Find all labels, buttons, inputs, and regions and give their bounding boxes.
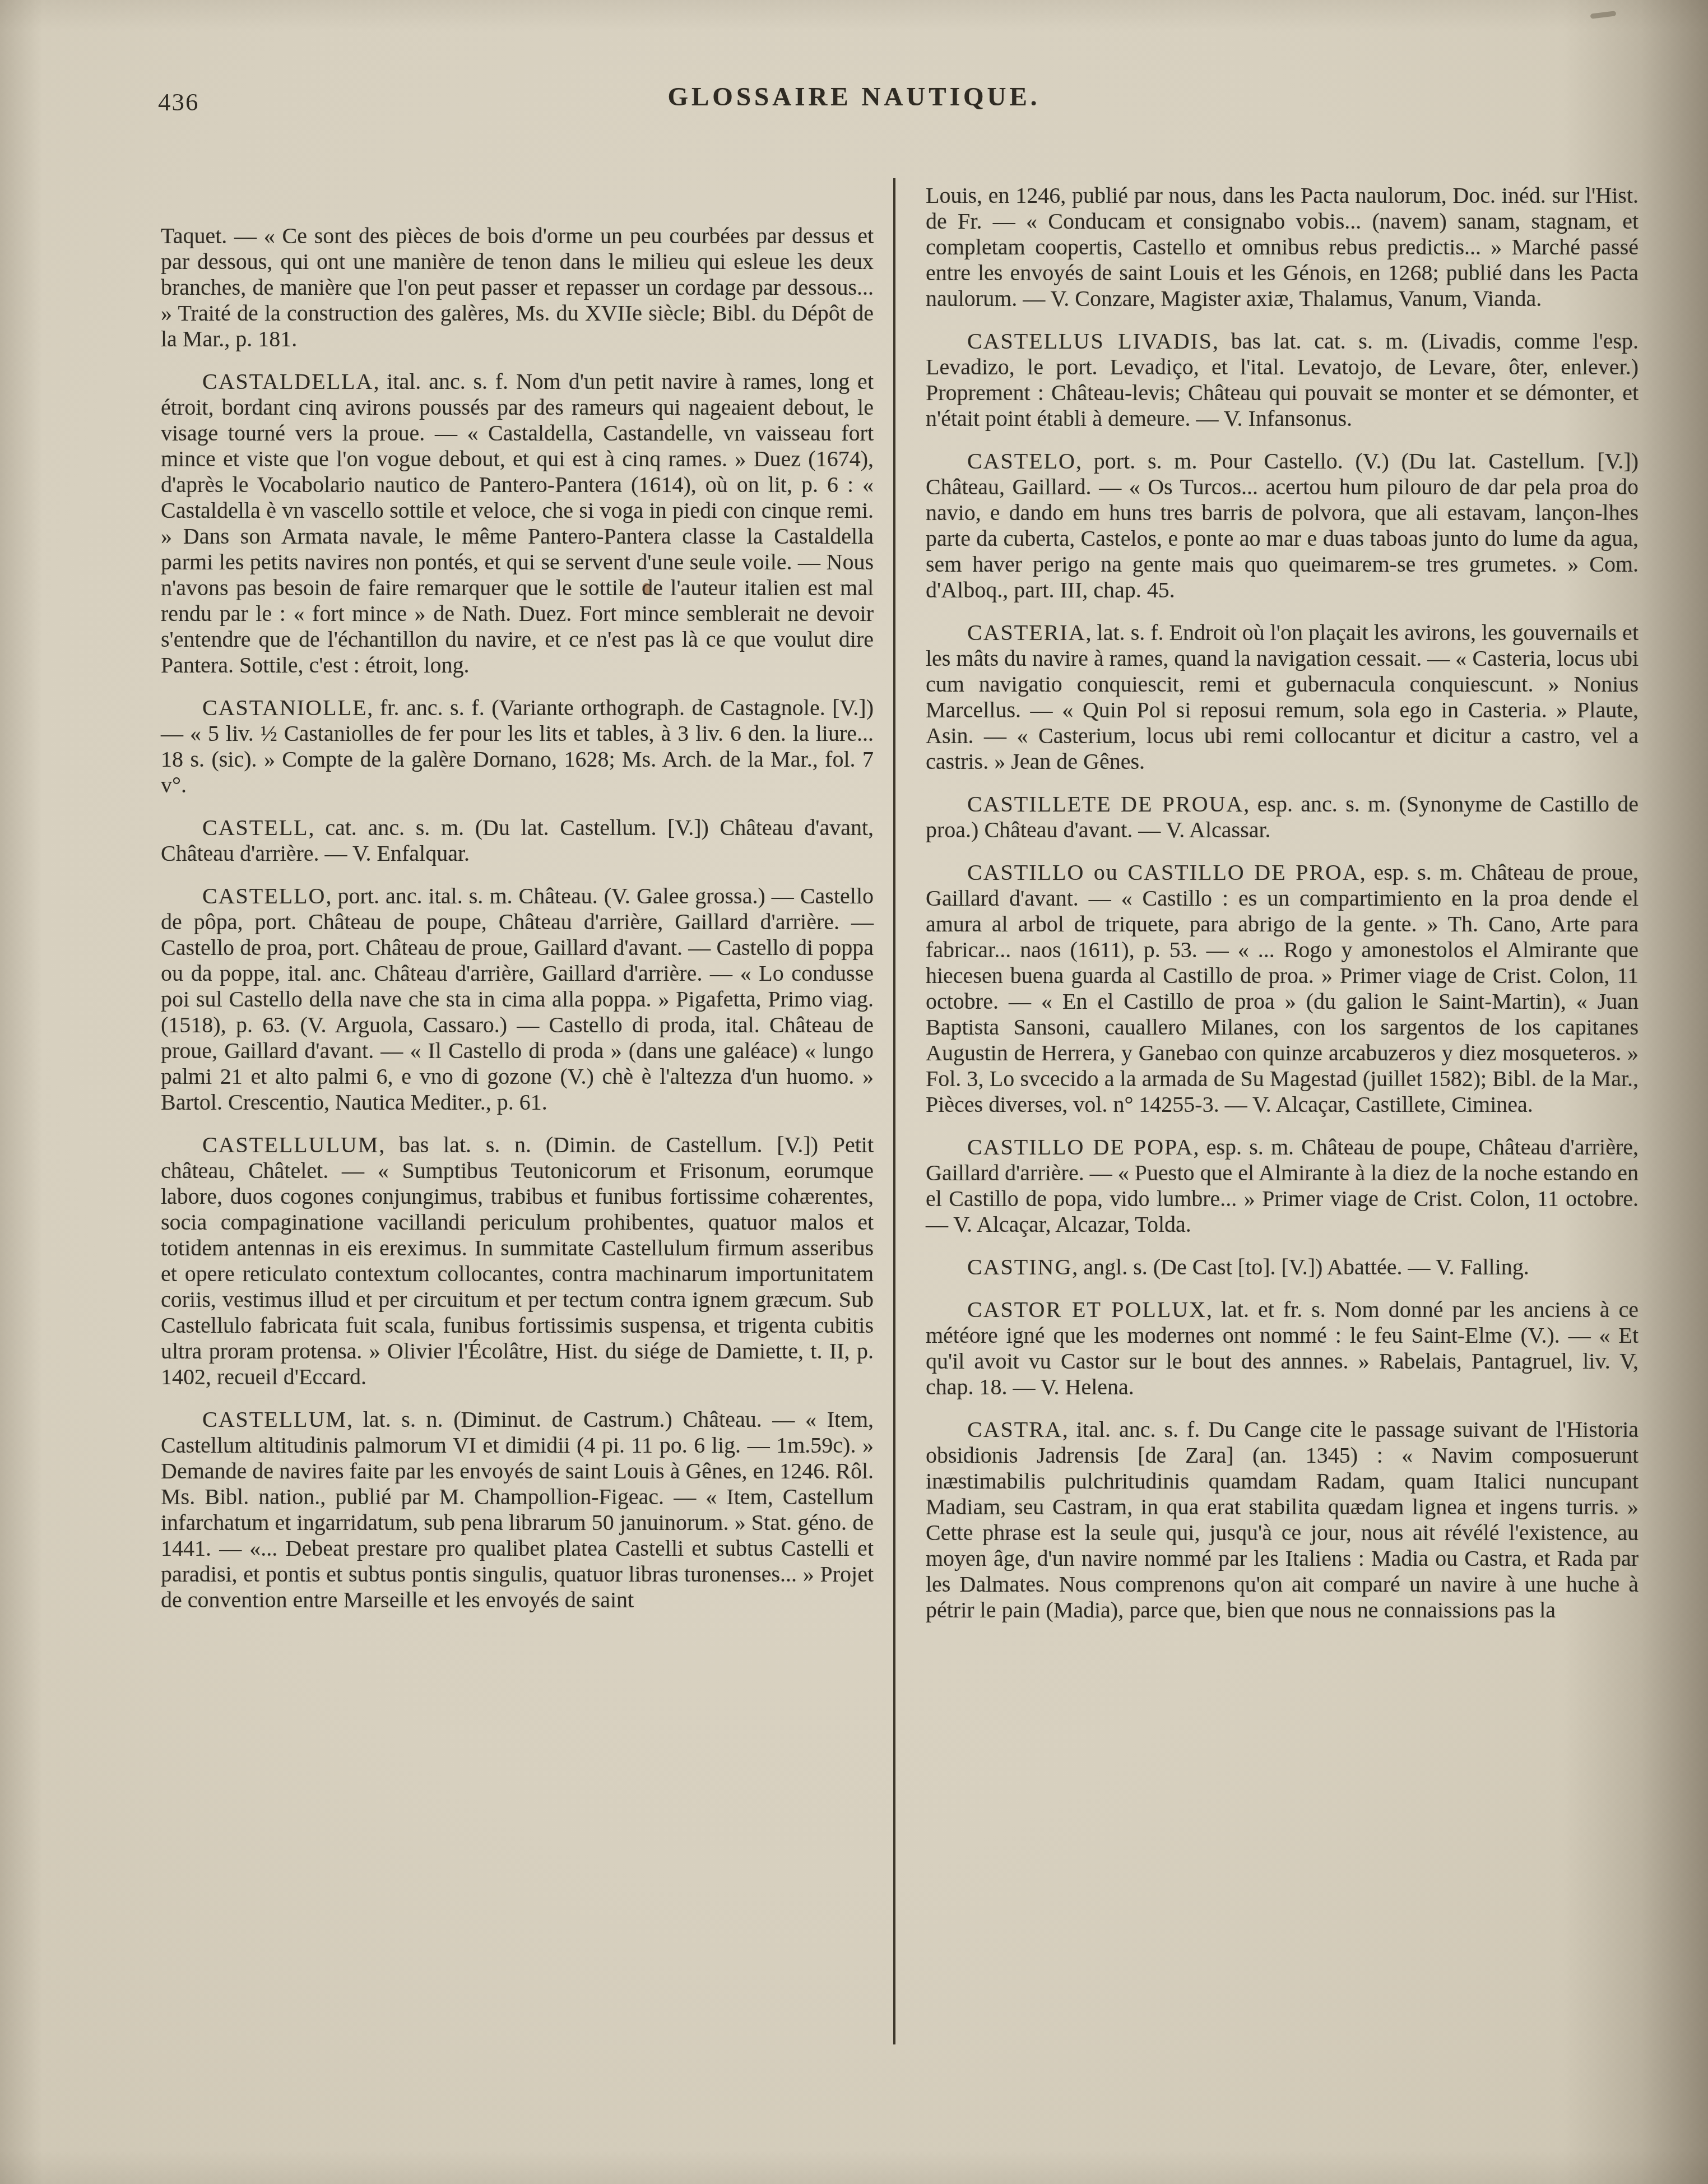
right-column: Louis, en 1246, publié par nous, dans le…	[926, 183, 1639, 1623]
entry-castor-et-pollux: CASTOR ET POLLUX, lat. et fr. s. Nom don…	[926, 1297, 1639, 1400]
entry-castaniolle: CASTANIOLLE, fr. anc. s. f. (Variante or…	[161, 695, 874, 798]
entry-castellum: CASTELLUM, lat. s. n. (Diminut. de Castr…	[161, 1407, 874, 1613]
entry-body: Louis, en 1246, publié par nous, dans le…	[926, 183, 1639, 311]
entry-term: CASTELO	[967, 448, 1076, 474]
entry-term: CASTANIOLLE	[202, 695, 367, 720]
entry-term: CASTERIA	[967, 620, 1086, 645]
entry-castellulum: CASTELLULUM, bas lat. s. n. (Dimin. de C…	[161, 1132, 874, 1390]
entry-term: CASTILLO DE POPA	[967, 1134, 1194, 1160]
entry-term: CASTING	[967, 1254, 1072, 1279]
entry-castillo-de-proa: CASTILLO ou CASTILLO DE PROA, esp. s. m.…	[926, 860, 1639, 1117]
entry-body: , port. anc. ital. s. m. Château. (V. Ga…	[161, 883, 874, 1115]
entry-castell: CASTELL, cat. anc. s. m. (Du lat. Castel…	[161, 815, 874, 866]
entry-castra: CASTRA, ital. anc. s. f. Du Cange cite l…	[926, 1417, 1639, 1623]
entry-term: CASTILLO ou CASTILLO DE PROA	[967, 860, 1360, 885]
entry-body: , esp. s. m. Château de proue, Gaillard …	[926, 860, 1639, 1117]
entry-term: CASTELLUM	[202, 1407, 347, 1432]
entry-castellus-livadis: CASTELLUS LIVADIS, bas lat. cat. s. m. (…	[926, 328, 1639, 432]
entry-castellum-continuation: Louis, en 1246, publié par nous, dans le…	[926, 183, 1639, 312]
entry-body: , angl. s. (De Cast [to]. [V.]) Abattée.…	[1072, 1254, 1529, 1279]
entry-casteria: CASTERIA, lat. s. f. Endroit où l'on pla…	[926, 620, 1639, 775]
entry-term: CASTOR ET POLLUX	[967, 1297, 1206, 1322]
column-divider-rule	[893, 178, 895, 2044]
left-column: Taquet. — « Ce sont des pièces de bois d…	[161, 223, 874, 1613]
entry-castelo: CASTELO, port. s. m. Pour Castello. (V.)…	[926, 448, 1639, 603]
entry-body: Taquet. — « Ce sont des pièces de bois d…	[161, 223, 874, 351]
entry-term: CASTELLO	[202, 883, 326, 908]
entry-term: CASTILLETE DE PROUA	[967, 791, 1243, 817]
entry-body: , bas lat. s. n. (Dimin. de Castellum. […	[161, 1132, 874, 1389]
entry-castello: CASTELLO, port. anc. ital. s. m. Château…	[161, 883, 874, 1115]
entry-body: , ital. anc. s. f. Nom d'un petit navire…	[161, 369, 874, 678]
entry-casting: CASTING, angl. s. (De Cast [to]. [V.]) A…	[926, 1254, 1639, 1280]
entry-castillo-de-popa: CASTILLO DE POPA, esp. s. m. Château de …	[926, 1134, 1639, 1237]
entry-term: CASTELLUS LIVADIS	[967, 328, 1213, 354]
entry-castaldella: CASTALDELLA, ital. anc. s. f. Nom d'un p…	[161, 369, 874, 678]
running-title: GLOSSAIRE NAUTIQUE.	[0, 82, 1708, 112]
entry-term: CASTELL	[202, 815, 309, 840]
entry-term: CASTELLULUM	[202, 1132, 379, 1157]
entry-term: CASTALDELLA	[202, 369, 373, 394]
entry-taquet-continuation: Taquet. — « Ce sont des pièces de bois d…	[161, 223, 874, 352]
entry-castillete-de-proua: CASTILLETE DE PROUA, esp. anc. s. m. (Sy…	[926, 791, 1639, 843]
entry-body: , lat. s. n. (Diminut. de Castrum.) Chât…	[161, 1407, 874, 1612]
entry-term: CASTRA	[967, 1417, 1062, 1442]
entry-body: , ital. anc. s. f. Du Cange cite le pass…	[926, 1417, 1639, 1622]
